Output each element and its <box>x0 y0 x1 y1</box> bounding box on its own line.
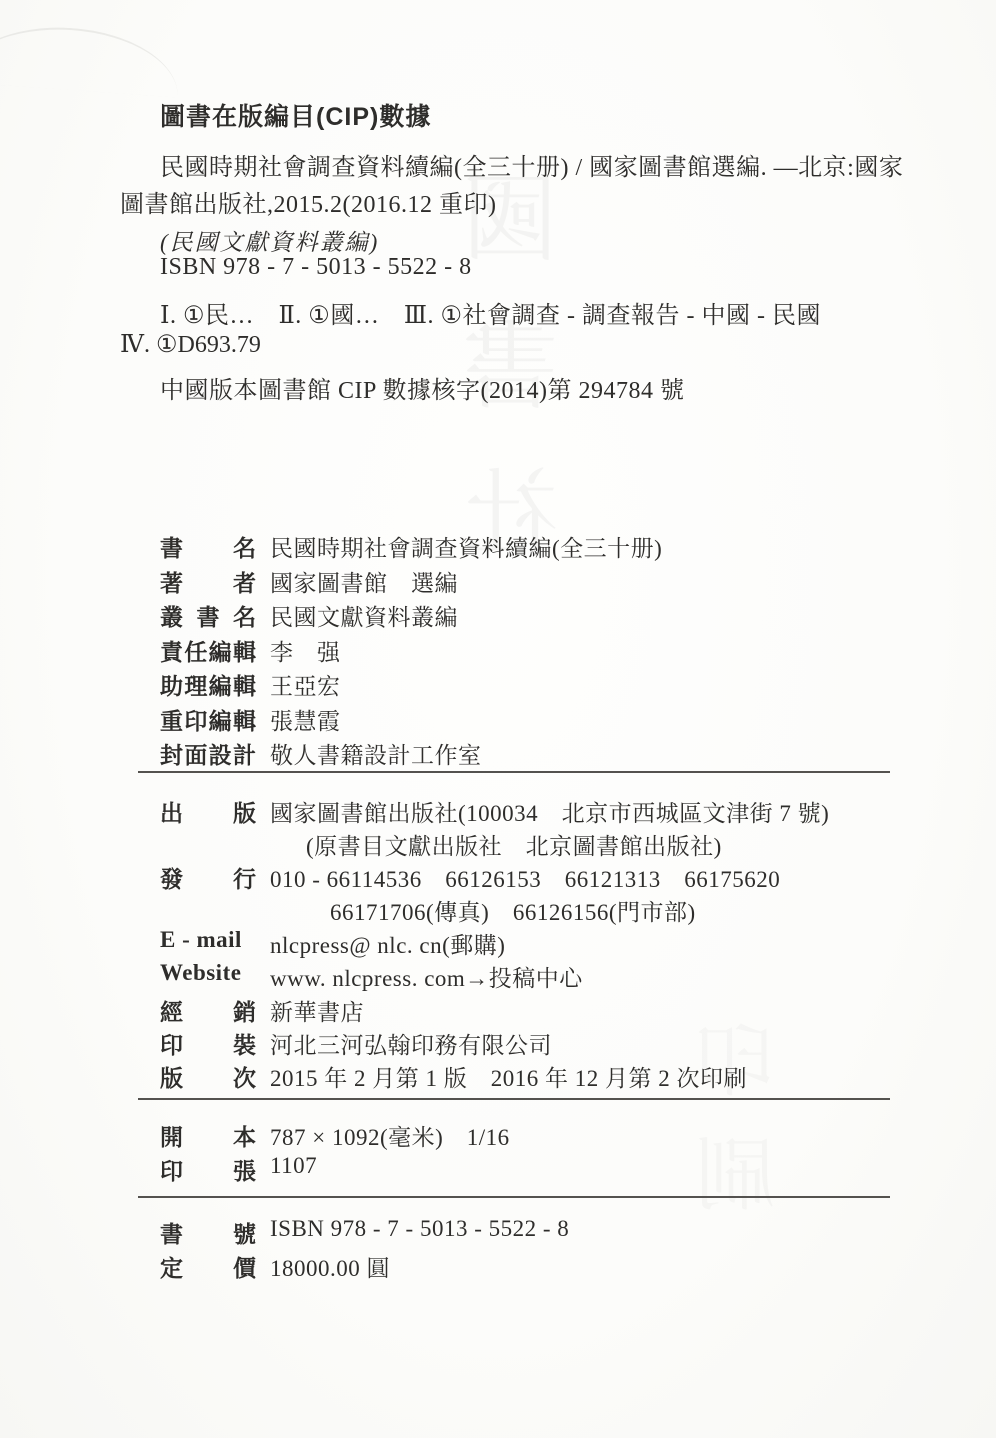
field-label: 出版 <box>160 795 256 828</box>
field-label: 發行 <box>160 861 256 894</box>
publication-row-edition: 版次 2015 年 2 月第 1 版 2016 年 12 月第 2 次印刷 <box>160 1060 829 1093</box>
book-info-row-series: 叢書名 民國文獻資料叢編 <box>160 599 662 634</box>
colophon-page: 國 書 社 印 刷 圖書在版編目(CIP)數據 民國時期社會調查資料續編(全三十… <box>0 0 996 1438</box>
book-info-row-editor: 責任編輯 李 强 <box>160 634 662 669</box>
field-label: 封面設計 <box>160 737 256 770</box>
field-value: 民國文獻資料叢編 <box>270 599 458 632</box>
publication-section: 出版 國家圖書館出版社(100034 北京市西城區文津街 7 號) (原書目文獻… <box>160 795 829 1093</box>
field-value: 國家圖書館 選編 <box>270 565 458 598</box>
publication-row-publisher: 出版 國家圖書館出版社(100034 北京市西城區文津街 7 號) <box>160 795 829 828</box>
field-value: 010 - 66114536 66126153 66121313 6617562… <box>270 861 780 894</box>
field-value: 18000.00 圓 <box>270 1250 390 1283</box>
fax-phone-line: 66171706(傳真) 66126156(門市部) <box>160 894 829 927</box>
publication-row-seller: 經銷 新華書店 <box>160 994 829 1027</box>
book-info-section: 書名 民國時期社會調查資料續編(全三十册) 著者 國家圖書館 選編 叢書名 民國… <box>160 530 662 772</box>
field-label: 印裝 <box>160 1027 256 1060</box>
field-label: 經銷 <box>160 994 256 1027</box>
field-value: www. nlcpress. com→投稿中心 <box>270 960 583 993</box>
field-label: 責任編輯 <box>160 634 256 667</box>
cip-description-line-2: 圖書館出版社,2015.2(2016.12 重印) <box>120 187 910 224</box>
field-value: 787 × 1092(毫米) 1/16 <box>270 1119 510 1152</box>
identification-row-isbn: 書號 ISBN 978 - 7 - 5013 - 5522 - 8 <box>160 1216 569 1250</box>
field-label: 叢書名 <box>160 599 256 632</box>
series-note: (民國文獻資料叢編) <box>160 224 379 257</box>
field-value: ISBN 978 - 7 - 5013 - 5522 - 8 <box>270 1216 569 1242</box>
field-value: 李 强 <box>270 634 341 667</box>
publisher-former-names: (原書目文獻出版社 北京圖書館出版社) <box>160 828 829 861</box>
horizontal-rule <box>138 1196 890 1198</box>
field-value: nlcpress@ nlc. cn(郵購) <box>270 927 505 960</box>
field-label: 助理編輯 <box>160 668 256 701</box>
cip-heading: 圖書在版編目(CIP)數據 <box>160 101 431 133</box>
book-info-row-assistant-editor: 助理編輯 王亞宏 <box>160 668 662 703</box>
field-label: 版次 <box>160 1060 256 1093</box>
horizontal-rule <box>138 1098 890 1100</box>
ghost-char: 刷 <box>695 1134 775 1220</box>
cip-classification-line-1: Ⅰ. ①民… Ⅱ. ①國… Ⅲ. ①社會調查 - 調查報告 - 中國 - 民國 <box>160 295 821 330</box>
field-label: 開本 <box>160 1119 256 1152</box>
field-value: 新華書店 <box>270 994 364 1027</box>
scan-artifact-curve <box>0 20 182 97</box>
field-value: 1107 <box>270 1153 317 1179</box>
cip-isbn: ISBN 978 - 7 - 5013 - 5522 - 8 <box>160 254 472 281</box>
field-label: 著者 <box>160 565 256 598</box>
cip-classification-line-2: Ⅳ. ①D693.79 <box>120 330 261 359</box>
publication-row-printer: 印裝 河北三河弘翰印務有限公司 <box>160 1027 829 1060</box>
field-value: 國家圖書館出版社(100034 北京市西城區文津街 7 號) <box>270 795 829 828</box>
bleed-through-ghost-column: 國 書 社 <box>462 170 558 566</box>
field-value: 民國時期社會調查資料續編(全三十册) <box>270 530 662 563</box>
identification-row-price: 定價 18000.00 圓 <box>160 1250 569 1284</box>
horizontal-rule <box>138 771 890 773</box>
publication-row-website: Website www. nlcpress. com→投稿中心 <box>160 960 829 993</box>
cip-description-line-1: 民國時期社會調查資料續編(全三十册) / 國家圖書館選編. —北京:國家 <box>120 150 910 187</box>
book-info-row-cover-design: 封面設計 敬人書籍設計工作室 <box>160 737 662 772</box>
field-value: 河北三河弘翰印務有限公司 <box>270 1027 552 1060</box>
publication-row-email: E - mail nlcpress@ nlc. cn(郵購) <box>160 927 829 960</box>
format-section: 開本 787 × 1092(毫米) 1/16 印張 1107 <box>160 1119 510 1187</box>
field-label: 重印編輯 <box>160 703 256 736</box>
field-label: 定價 <box>160 1250 256 1283</box>
cip-record-number: 中國版本圖書館 CIP 數據核字(2014)第 294784 號 <box>160 370 684 405</box>
book-info-row-author: 著者 國家圖書館 選編 <box>160 565 662 600</box>
field-label: 書號 <box>160 1216 256 1249</box>
field-label: Website <box>160 960 256 986</box>
field-label: E - mail <box>160 927 256 953</box>
format-row-size: 開本 787 × 1092(毫米) 1/16 <box>160 1119 510 1153</box>
cip-description: 民國時期社會調查資料續編(全三十册) / 國家圖書館選編. —北京:國家 圖書館… <box>120 150 910 224</box>
field-value: 王亞宏 <box>270 668 341 701</box>
format-row-sheets: 印張 1107 <box>160 1153 510 1187</box>
identification-section: 書號 ISBN 978 - 7 - 5013 - 5522 - 8 定價 180… <box>160 1216 569 1284</box>
field-label: 書名 <box>160 530 256 563</box>
field-value: 張慧霞 <box>270 703 341 736</box>
field-label: 印張 <box>160 1153 256 1186</box>
field-value: 2015 年 2 月第 1 版 2016 年 12 月第 2 次印刷 <box>270 1060 747 1093</box>
book-info-row-title: 書名 民國時期社會調查資料續編(全三十册) <box>160 530 662 565</box>
field-value: 敬人書籍設計工作室 <box>270 737 482 770</box>
book-info-row-reprint-editor: 重印編輯 張慧霞 <box>160 703 662 738</box>
publication-row-distribution: 發行 010 - 66114536 66126153 66121313 6617… <box>160 861 829 894</box>
